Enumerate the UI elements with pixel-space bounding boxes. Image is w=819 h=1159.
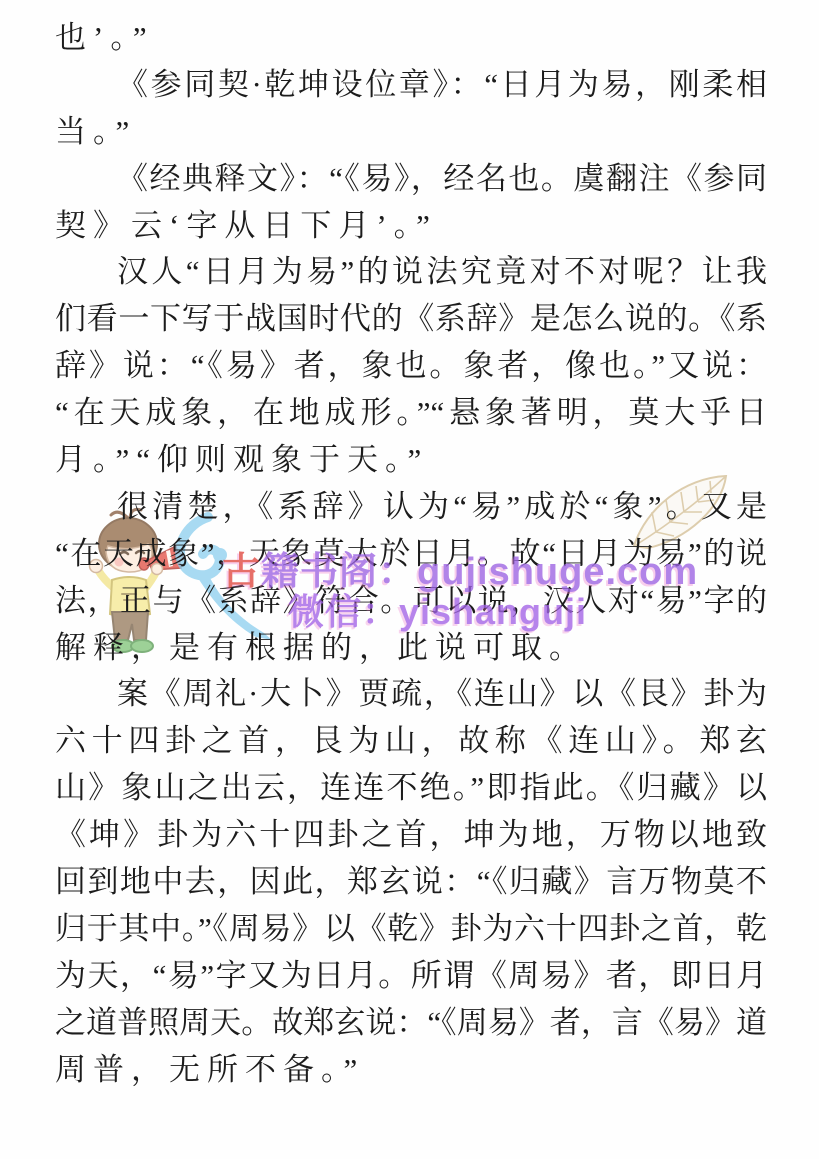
text-line: 《经典释文》：“《易》，经名也。虞翻注《参同 bbox=[55, 156, 767, 203]
text-line: 解释，是有根据的，此说可取。 bbox=[55, 625, 767, 672]
text-line: 契》云‘字从日下月’。” bbox=[55, 203, 767, 250]
text-line: 法，正与《系辞》符合。可以说，汉人对“易”字的 bbox=[55, 578, 767, 625]
text-line: 为天，“易”字又为日月。所谓《周易》者，即日月 bbox=[55, 953, 767, 1000]
text-line: 《参同契·乾坤设位章》：“日月为易，刚柔相 bbox=[55, 62, 767, 109]
text-line: “在天成象”，天象莫大於日月。故“日月为易”的说 bbox=[55, 531, 767, 578]
text-line: 之道普照周天。故郑玄说：“《周易》者，言《易》道 bbox=[55, 1000, 767, 1047]
text-line: 回到地中去，因此，郑玄说：“《归藏》言万物莫不 bbox=[55, 859, 767, 906]
book-page: 也’。”《参同契·乾坤设位章》：“日月为易，刚柔相当。”《经典释文》：“《易》，… bbox=[0, 0, 819, 1159]
text-line: 们看一下写于战国时代的《系辞》是怎么说的。《系 bbox=[55, 296, 767, 343]
text-line: 汉人“日月为易”的说法究竟对不对呢？让我 bbox=[55, 249, 767, 296]
body-text: 也’。”《参同契·乾坤设位章》：“日月为易，刚柔相当。”《经典释文》：“《易》，… bbox=[55, 15, 767, 1093]
text-line: 六十四卦之首，艮为山，故称《连山》。郑玄说：“《连 bbox=[55, 718, 767, 765]
text-line: 山》象山之出云，连连不绝。”即指此。《归藏》以 bbox=[55, 765, 767, 812]
text-line: 很清楚，《系辞》认为“易”成於“象”。又是 bbox=[55, 484, 767, 531]
text-line: 周普，无所不备。” bbox=[55, 1047, 767, 1094]
text-line: 归于其中。”《周易》以《乾》卦为六十四卦之首，乾 bbox=[55, 906, 767, 953]
text-line: 当。” bbox=[55, 109, 767, 156]
text-line: “在天成象，在地成形。”“悬象著明，莫大乎日 bbox=[55, 390, 767, 437]
text-line: 《坤》卦为六十四卦之首，坤为地，万物以地致养，又 bbox=[55, 812, 767, 859]
text-line: 辞》说：“《易》者，象也。象者，像也。”又说： bbox=[55, 343, 767, 390]
text-line: 也’。” bbox=[55, 15, 767, 62]
text-line: 月。”“仰则观象于天。” bbox=[55, 437, 767, 484]
text-line: 案《周礼·大卜》贾疏，《连山》以《艮》卦为 bbox=[55, 671, 767, 718]
